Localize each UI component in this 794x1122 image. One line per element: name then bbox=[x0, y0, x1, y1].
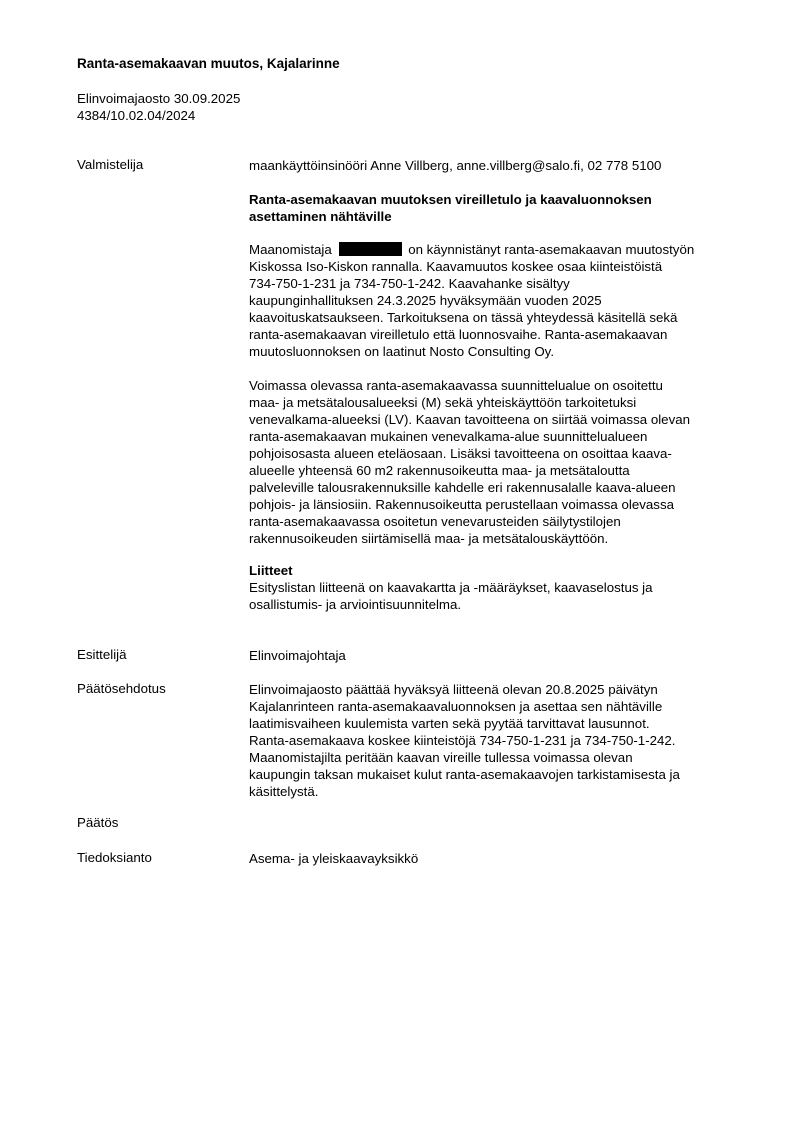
paragraph-line: 734-750-1-231 ja 734-750-1-242. Kaavahan… bbox=[249, 275, 749, 292]
paragraph-current-plan: Voimassa olevassa ranta-asemakaavassa su… bbox=[249, 377, 749, 547]
proposal-line: Ranta-asemakaava koskee kiinteistöjä 734… bbox=[249, 732, 749, 749]
proposal-line: Kajalanrinteen ranta-asemakaavaluonnokse… bbox=[249, 698, 749, 715]
paragraph-line: alueelle yhteensä 60 m2 rakennusoikeutta… bbox=[249, 462, 749, 479]
paragraph-line: venevalkama-alueeksi (LV). Kaavan tavoit… bbox=[249, 411, 749, 428]
document-page: Ranta-asemakaavan muutos, Kajalarinne El… bbox=[0, 0, 794, 1122]
paragraph-line: Kiskossa Iso-Kiskon rannalla. Kaavamuuto… bbox=[249, 258, 749, 275]
paragraph-line: muutosluonnoksen on laatinut Nosto Consu… bbox=[249, 343, 749, 360]
paragraph-line: palveleville talousrakennuksille kahdell… bbox=[249, 479, 749, 496]
proposal-line: kaupungin taksan mukaiset kulut ranta-as… bbox=[249, 766, 749, 783]
paragraph-line: kaavoituskatsaukseen. Tarkoituksena on t… bbox=[249, 309, 749, 326]
paragraph-line: rakennusoikeuden siirtämisellä maa- ja m… bbox=[249, 530, 749, 547]
section-heading-line: asettaminen nähtäville bbox=[249, 208, 749, 225]
decision-label: Päätös bbox=[77, 815, 118, 830]
paragraph-line-text: on käynnistänyt ranta-asemakaavan muutos… bbox=[408, 242, 694, 257]
attachments-section: Liitteet Esityslistan liitteenä on kaava… bbox=[249, 562, 749, 613]
paragraph-line: Maanomistaja on käynnistänyt ranta-asema… bbox=[249, 241, 749, 258]
landowner-label: Maanomistaja bbox=[249, 242, 332, 257]
attachments-heading: Liitteet bbox=[249, 562, 749, 579]
paragraph-line: pohjois- ja länsiosiin. Rakennusoikeutta… bbox=[249, 496, 749, 513]
proposal-line: Elinvoimajaosto päättää hyväksyä liittee… bbox=[249, 681, 749, 698]
presenter-label: Esittelijä bbox=[77, 647, 127, 662]
preparer-value: maankäyttöinsinööri Anne Villberg, anne.… bbox=[249, 157, 749, 174]
paragraph-line: ranta-asemakaavan mukainen venevalkama-a… bbox=[249, 428, 749, 445]
paragraph-line: Voimassa olevassa ranta-asemakaavassa su… bbox=[249, 377, 749, 394]
paragraph-initiation: Maanomistaja on käynnistänyt ranta-asema… bbox=[249, 241, 749, 360]
meeting-name-date: Elinvoimajaosto 30.09.2025 bbox=[77, 90, 240, 107]
section-heading: Ranta-asemakaavan muutoksen vireilletulo… bbox=[249, 191, 749, 225]
section-heading-line: Ranta-asemakaavan muutoksen vireilletulo… bbox=[249, 191, 749, 208]
paragraph-line: ranta-asemakaavassa osoitetun venevarust… bbox=[249, 513, 749, 530]
preparer-label: Valmistelija bbox=[77, 157, 143, 172]
paragraph-line: kaupunginhallituksen 24.3.2025 hyväksymä… bbox=[249, 292, 749, 309]
presenter-value: Elinvoimajohtaja bbox=[249, 647, 749, 664]
proposal-line: Maanomistajilta peritään kaavan vireille… bbox=[249, 749, 749, 766]
attachments-line: osallistumis- ja arviointisuunnitelma. bbox=[249, 596, 749, 613]
record-number: 4384/10.02.04/2024 bbox=[77, 107, 240, 124]
paragraph-line: maa- ja metsätalousalueeksi (M) sekä yht… bbox=[249, 394, 749, 411]
notification-label: Tiedoksianto bbox=[77, 850, 152, 865]
proposal-text: Elinvoimajaosto päättää hyväksyä liittee… bbox=[249, 681, 749, 800]
meeting-info: Elinvoimajaosto 30.09.2025 4384/10.02.04… bbox=[77, 90, 240, 124]
document-title: Ranta-asemakaavan muutos, Kajalarinne bbox=[77, 56, 340, 71]
paragraph-line: ranta-asemakaavan vireilletulo että luon… bbox=[249, 326, 749, 343]
paragraph-line: pohjoisosasta alueen eteläosaan. Lisäksi… bbox=[249, 445, 749, 462]
proposal-line: käsittelystä. bbox=[249, 783, 749, 800]
proposal-label: Päätösehdotus bbox=[77, 681, 166, 696]
notification-value: Asema- ja yleiskaavayksikkö bbox=[249, 850, 749, 867]
proposal-line: laatimisvaiheen kuulemista varten sekä p… bbox=[249, 715, 749, 732]
attachments-line: Esityslistan liitteenä on kaavakartta ja… bbox=[249, 579, 749, 596]
redacted-block bbox=[339, 242, 402, 256]
